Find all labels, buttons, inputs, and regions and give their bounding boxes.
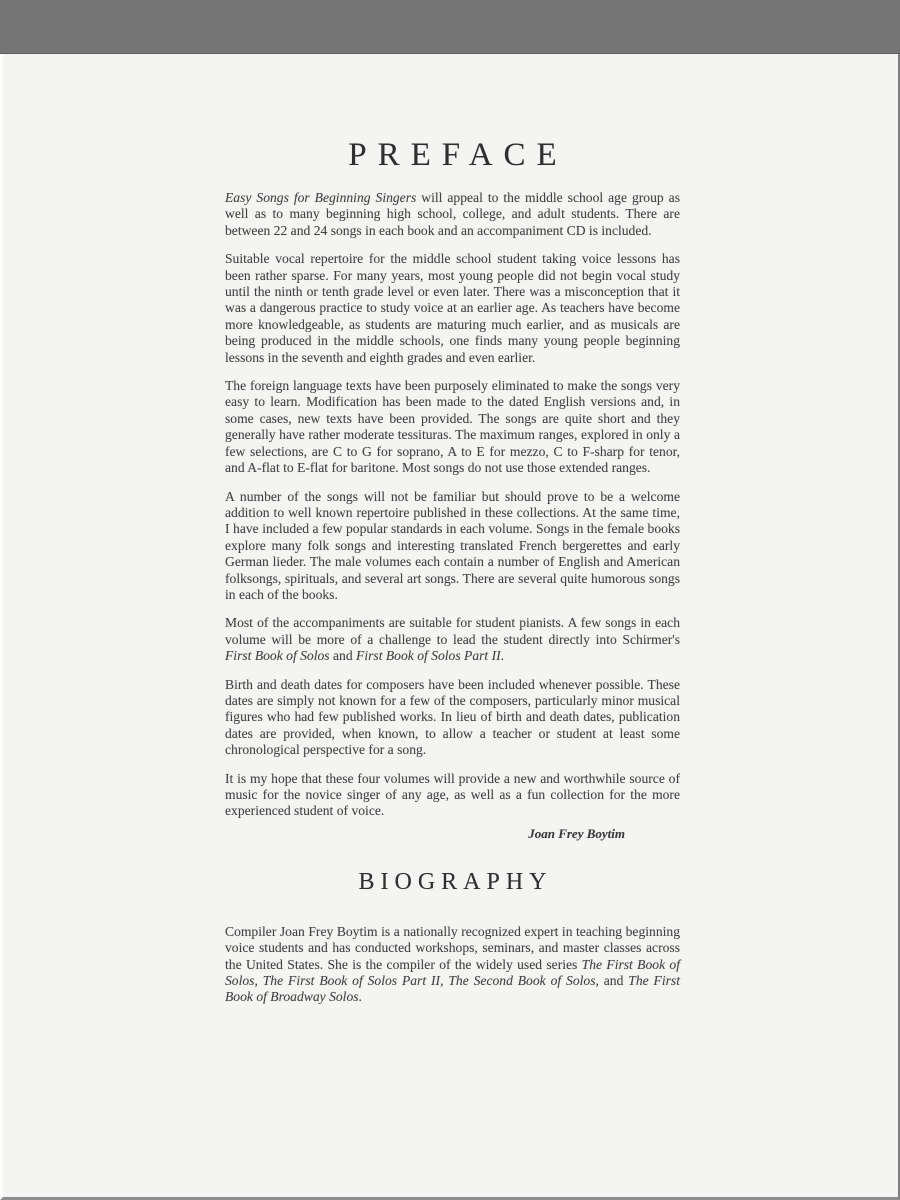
text: .: [501, 648, 504, 663]
text: Most of the accompaniments are suitable …: [225, 615, 680, 646]
text: A number of the songs will not be famili…: [225, 489, 680, 602]
text: The foreign language texts have been pur…: [225, 378, 680, 475]
top-bar: [0, 0, 900, 53]
paragraph: It is my hope that these four volumes wi…: [225, 771, 680, 820]
paragraph: Suitable vocal repertoire for the middle…: [225, 251, 680, 366]
paragraph: A number of the songs will not be famili…: [225, 489, 680, 604]
paragraph: Easy Songs for Beginning Singers will ap…: [225, 190, 680, 239]
paragraph: Birth and death dates for composers have…: [225, 677, 680, 759]
preface-paragraphs: Easy Songs for Beginning Singers will ap…: [225, 190, 680, 820]
italic-text: Easy Songs for Beginning Singers: [225, 190, 416, 205]
page-content: PREFACE Easy Songs for Beginning Singers…: [225, 139, 680, 1006]
author-signature: Joan Frey Boytim: [225, 826, 680, 842]
text: and: [330, 648, 356, 663]
paragraph: The foreign language texts have been pur…: [225, 378, 680, 476]
paragraph: Compiler Joan Frey Boytim is a nationall…: [225, 924, 680, 1006]
italic-text: The Second Book of Solos: [448, 973, 595, 988]
italic-text: First Book of Solos Part II: [356, 648, 501, 663]
book-page: PREFACE Easy Songs for Beginning Singers…: [0, 0, 900, 1200]
text: , and: [595, 973, 628, 988]
italic-text: First Book of Solos: [225, 648, 330, 663]
text: Suitable vocal repertoire for the middle…: [225, 251, 680, 364]
text: Birth and death dates for composers have…: [225, 677, 680, 758]
text: .: [359, 989, 362, 1004]
text: ,: [254, 973, 262, 988]
preface-title: PREFACE: [225, 139, 680, 172]
paragraph: Most of the accompaniments are suitable …: [225, 615, 680, 664]
biography-paragraphs: Compiler Joan Frey Boytim is a nationall…: [225, 924, 680, 1006]
text: It is my hope that these four volumes wi…: [225, 771, 680, 819]
biography-title: BIOGRAPHY: [225, 870, 680, 894]
italic-text: The First Book of Solos Part II: [263, 973, 440, 988]
